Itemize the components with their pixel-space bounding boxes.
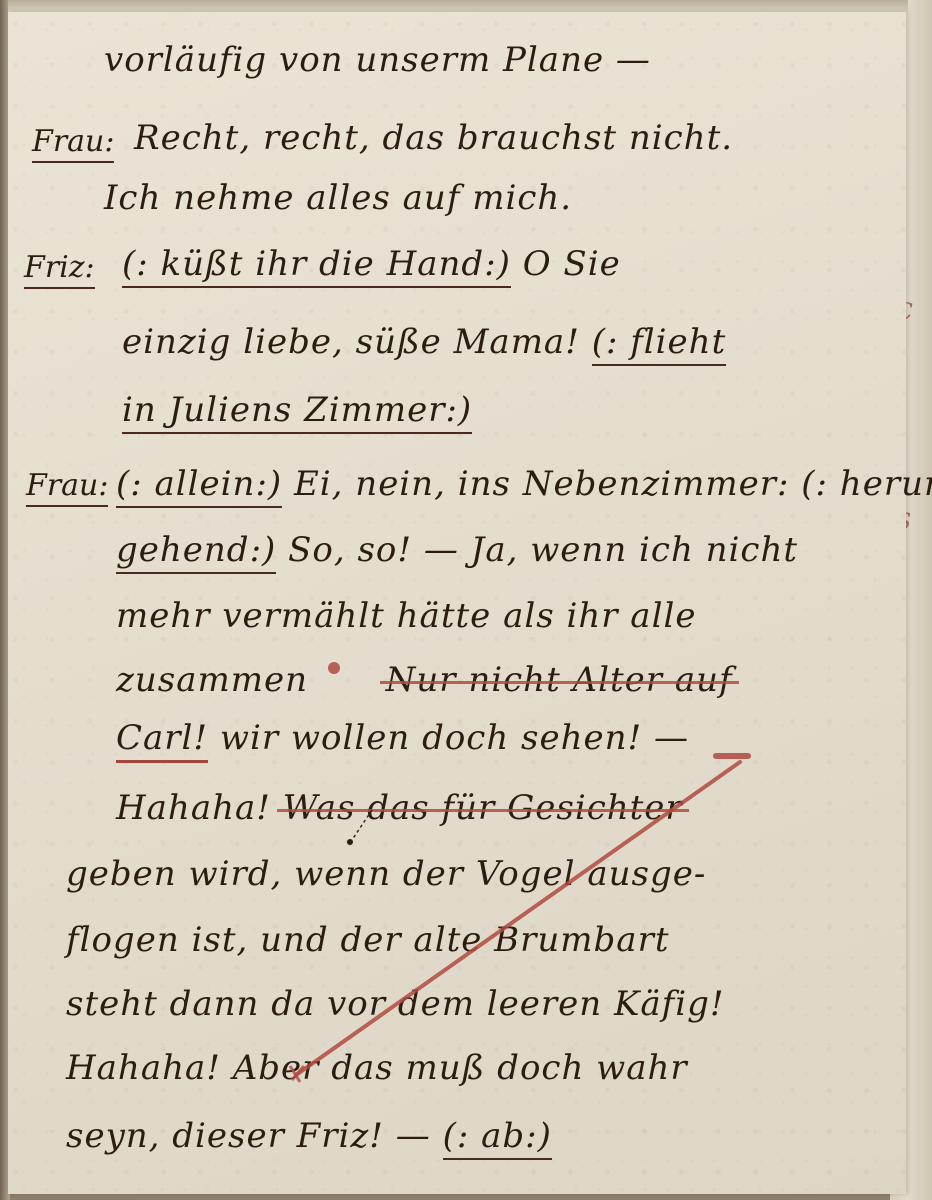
manuscript-line: steht dann da vor dem leeren Käfig! bbox=[66, 984, 725, 1024]
line-text: Recht, recht, das brauchst nicht. bbox=[134, 118, 733, 158]
manuscript-line: geben wird, wenn der Vogel ausge- bbox=[66, 854, 706, 894]
manuscript-line: Hahaha! Was das für Gesichter bbox=[116, 788, 683, 828]
line-text: zusammen bbox=[116, 660, 308, 700]
line-text: seyn, dieser Friz! — bbox=[66, 1116, 443, 1156]
line-text: Hahaha! Aber das muß doch wahr bbox=[66, 1048, 688, 1088]
line-text: Ei, nein, ins Nebenzimmer: (: herum bbox=[294, 464, 932, 504]
line-text: einzig liebe, süße Mama! bbox=[122, 322, 592, 362]
manuscript-line: Carl! wir wollen doch sehen! — bbox=[116, 718, 689, 758]
red-underlined-word: Carl! bbox=[116, 718, 208, 763]
line-text: O Sie bbox=[523, 244, 621, 284]
manuscript-line: einzig liebe, süße Mama! (: flieht bbox=[122, 322, 726, 362]
stage-direction: (: allein:) bbox=[116, 464, 282, 508]
manuscript-line: Ich nehme alles auf mich. bbox=[104, 178, 572, 218]
line-text: steht dann da vor dem leeren Käfig! bbox=[66, 984, 725, 1024]
manuscript-scan: ) C l S vorläufig von unserm Plane — Fra… bbox=[0, 0, 932, 1200]
line-text: vorläufig von unserm Plane — bbox=[104, 40, 651, 80]
manuscript-line: seyn, dieser Friz! — (: ab:) bbox=[66, 1116, 552, 1156]
line-text: wir wollen doch sehen! — bbox=[220, 718, 689, 758]
speaker-label: Frau: bbox=[32, 124, 114, 163]
speaker-label: Frau: bbox=[26, 468, 108, 507]
stage-direction: (: flieht bbox=[592, 322, 727, 366]
manuscript-line: vorläufig von unserm Plane — bbox=[104, 40, 651, 80]
line-text: Ich nehme alles auf mich. bbox=[104, 178, 572, 218]
speaker-label: Friz: bbox=[24, 250, 95, 289]
line-text: So, so! — Ja, wenn ich nicht bbox=[288, 530, 798, 570]
manuscript-line: in Juliens Zimmer:) bbox=[122, 390, 472, 430]
stage-direction: (: küßt ihr die Hand:) bbox=[122, 244, 511, 288]
manuscript-line: gehend:) So, so! — Ja, wenn ich nicht bbox=[116, 530, 798, 570]
line-text: flogen ist, und der alte Brumbart bbox=[66, 920, 670, 960]
manuscript-line: Hahaha! Aber das muß doch wahr bbox=[66, 1048, 688, 1088]
stage-direction: (: ab:) bbox=[443, 1116, 552, 1160]
manuscript-page: vorläufig von unserm Plane — Frau: Recht… bbox=[8, 12, 906, 1194]
manuscript-line: (: allein:) Ei, nein, ins Nebenzimmer: (… bbox=[116, 464, 932, 504]
manuscript-line: (: küßt ihr die Hand:) O Sie bbox=[122, 244, 621, 284]
manuscript-line: zusammen Nur nicht Alter auf bbox=[116, 660, 733, 700]
line-text: geben wird, wenn der Vogel ausge- bbox=[66, 854, 706, 894]
manuscript-line: flogen ist, und der alte Brumbart bbox=[66, 920, 670, 960]
line-text: mehr vermählt hätte als ihr alle bbox=[116, 596, 696, 636]
stage-direction: in Juliens Zimmer:) bbox=[122, 390, 472, 434]
line-text: Hahaha! bbox=[116, 788, 271, 828]
struck-passage: Was das für Gesichter bbox=[283, 788, 683, 828]
manuscript-line: mehr vermählt hätte als ihr alle bbox=[116, 596, 696, 636]
stage-direction: gehend:) bbox=[116, 530, 276, 574]
manuscript-line: Recht, recht, das brauchst nicht. bbox=[134, 118, 733, 158]
struck-passage: Nur nicht Alter auf bbox=[386, 660, 733, 700]
